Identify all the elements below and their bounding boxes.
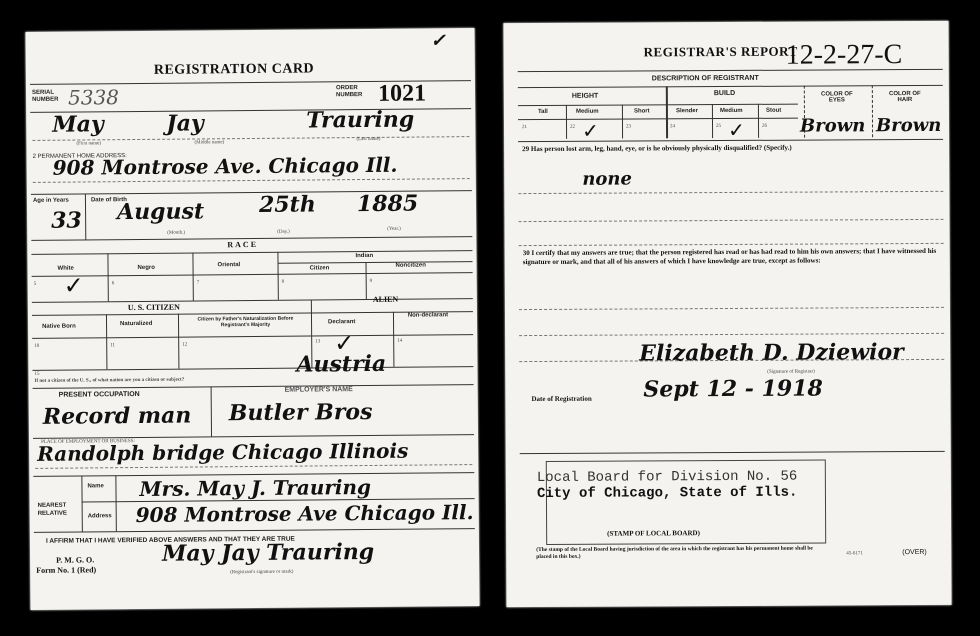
race-num-8: 8: [282, 280, 285, 285]
first-name-caption: (First name): [76, 141, 101, 146]
col-num-24: 24: [670, 124, 675, 129]
date-of-registration-label: Date of Registration: [531, 395, 591, 403]
height-short-label: Short: [634, 108, 650, 114]
fathers-naturalization-label: Citizen by Father's Naturalization Befor…: [188, 316, 303, 329]
relative-name-label: Name: [87, 483, 103, 489]
first-name: May: [52, 111, 104, 137]
relative-address: 908 Montrose Ave Chicago Ill.: [136, 500, 474, 527]
form-id-line1: P. M. G. O.: [56, 555, 94, 564]
height-tall-label: Tall: [538, 109, 548, 115]
description-header: DESCRIPTION OF REGISTRANT: [652, 75, 759, 83]
employment-place-value: Randolph bridge Chicago Illinois: [37, 439, 408, 466]
build-slender-label: Slender: [676, 108, 698, 114]
relative-name: Mrs. May J. Trauring: [139, 475, 371, 501]
col-num-26: 26: [762, 124, 767, 129]
serial-label: SERIAL NUMBER: [32, 90, 60, 104]
registrant-signature: May Jay Trauring: [162, 539, 374, 567]
col-num-21: 21: [522, 125, 527, 130]
age-value: 33: [51, 207, 82, 233]
nation-number: 15: [34, 372, 39, 377]
middle-name-caption: (Middle name): [194, 140, 224, 145]
local-board-stamp-box: Local Board for Division No. 56 City of …: [546, 459, 826, 544]
us-citizen-header: U. S. CITIZEN: [128, 303, 180, 312]
registrar-report-title: REGISTRAR'S REPORT: [644, 44, 798, 61]
non-declarant-label: Non-declarant: [406, 312, 450, 318]
dob-month-caption: (Month.): [167, 231, 185, 236]
citizen-num-10: 10: [34, 344, 39, 349]
col-num-22: 22: [570, 125, 575, 130]
middle-name: Jay: [166, 110, 204, 136]
question-29: 29 Has person lost arm, leg, hand, eye, …: [522, 143, 942, 154]
race-indian-citizen-label: Citizen: [310, 265, 330, 271]
race-header: RACE: [227, 240, 258, 249]
hair-color-header: COLOR OF HAIR: [882, 91, 928, 103]
form-id-line2: Form No. 1 (Red): [36, 565, 96, 575]
build-medium-check: ✓: [728, 118, 745, 142]
date-of-registration-value: Sept 12 - 1918: [643, 376, 823, 403]
question-30-certification: 30 I certify that my answers are true; t…: [523, 247, 943, 267]
registration-card-front: ✓ REGISTRATION CARD SERIAL NUMBER 5338 O…: [25, 28, 479, 610]
last-name-caption: (Last name): [356, 137, 380, 142]
hair-color-value: Brown: [876, 115, 941, 136]
race-oriental-label: Oriental: [218, 262, 241, 268]
stamp-line-2: City of Chicago, State of Ills.: [537, 485, 798, 502]
alien-header: ALIEN: [373, 295, 398, 304]
stamp-number: 12-2-27-C: [786, 39, 903, 72]
declarant-label: Declarant: [328, 319, 355, 325]
col-num-25: 25: [716, 124, 721, 129]
race-negro-label: Negro: [138, 265, 155, 271]
citizen-num-13: 13: [315, 339, 320, 344]
stamp-caption: (STAMP OF LOCAL BOARD): [607, 529, 700, 537]
stamp-note: (The stamp of the Local Board having jur…: [536, 545, 826, 561]
race-num-7: 7: [197, 280, 200, 285]
eye-color-value: Brown: [800, 115, 865, 136]
occupation-header: PRESENT OCCUPATION: [59, 391, 140, 399]
occupation-value: Record man: [43, 403, 192, 430]
race-num-5: 5: [34, 282, 37, 287]
age-label: Age in Years: [33, 198, 69, 204]
race-indian-noncitizen-label: Noncitizen: [396, 262, 426, 268]
race-num-6: 6: [112, 281, 115, 286]
dob-month: August: [117, 198, 204, 225]
build-stout-label: Stout: [766, 108, 781, 114]
registrar-signature: Elizabeth D. Dziewior: [639, 339, 904, 366]
print-code: 45-6171: [846, 551, 863, 556]
registrar-signature-caption: (Signature of Registrar): [767, 370, 815, 375]
height-medium-label: Medium: [576, 109, 599, 115]
citizen-num-12: 12: [182, 343, 187, 348]
height-medium-check: ✓: [582, 119, 599, 143]
height-header: HEIGHT: [572, 93, 598, 100]
question-29-answer: none: [582, 168, 632, 189]
dob-year-caption: (Year.): [387, 227, 401, 232]
relative-address-label: Address: [88, 513, 112, 519]
card-title: REGISTRATION CARD: [154, 61, 314, 78]
dob-year: 1885: [357, 191, 418, 218]
race-white-check: ✓: [64, 271, 84, 299]
order-label: ORDER NUMBER: [336, 85, 370, 99]
nation-value: Austria: [296, 351, 386, 378]
build-header: BUILD: [714, 90, 735, 97]
employer-header: EMPLOYER'S NAME: [285, 386, 353, 394]
eye-color-header: COLOR OF EYES: [814, 91, 860, 103]
signature-caption: (Registrant's signature or mark): [230, 570, 293, 576]
order-number: 1021: [378, 80, 426, 107]
race-indian-header: Indian: [355, 253, 373, 259]
last-name: Trauring: [306, 107, 414, 134]
nation-label: If not a citizen of the U. S., of what n…: [35, 378, 185, 384]
col-num-23: 23: [626, 125, 631, 130]
registration-card-back: REGISTRAR'S REPORT 12-2-27-C DESCRIPTION…: [503, 21, 951, 607]
nearest-relative-label: NEAREST RELATIVE: [38, 502, 78, 518]
citizen-num-14: 14: [397, 339, 402, 344]
employer-value: Butler Bros: [229, 399, 373, 426]
native-born-label: Native Born: [42, 324, 76, 330]
build-medium-label: Medium: [720, 108, 743, 114]
stamp-line-1: Local Board for Division No. 56: [537, 469, 798, 486]
race-num-9: 9: [370, 279, 373, 284]
serial-number: 5338: [68, 85, 119, 109]
dob-day-caption: (Day.): [277, 230, 290, 235]
home-address: 908 Montrose Ave. Chicago Ill.: [53, 153, 398, 180]
citizen-num-11: 11: [110, 343, 115, 348]
corner-check-mark: ✓: [430, 30, 445, 51]
dob-day: 25th: [259, 191, 316, 217]
naturalized-label: Naturalized: [120, 321, 152, 327]
over-label: (OVER): [902, 549, 927, 556]
